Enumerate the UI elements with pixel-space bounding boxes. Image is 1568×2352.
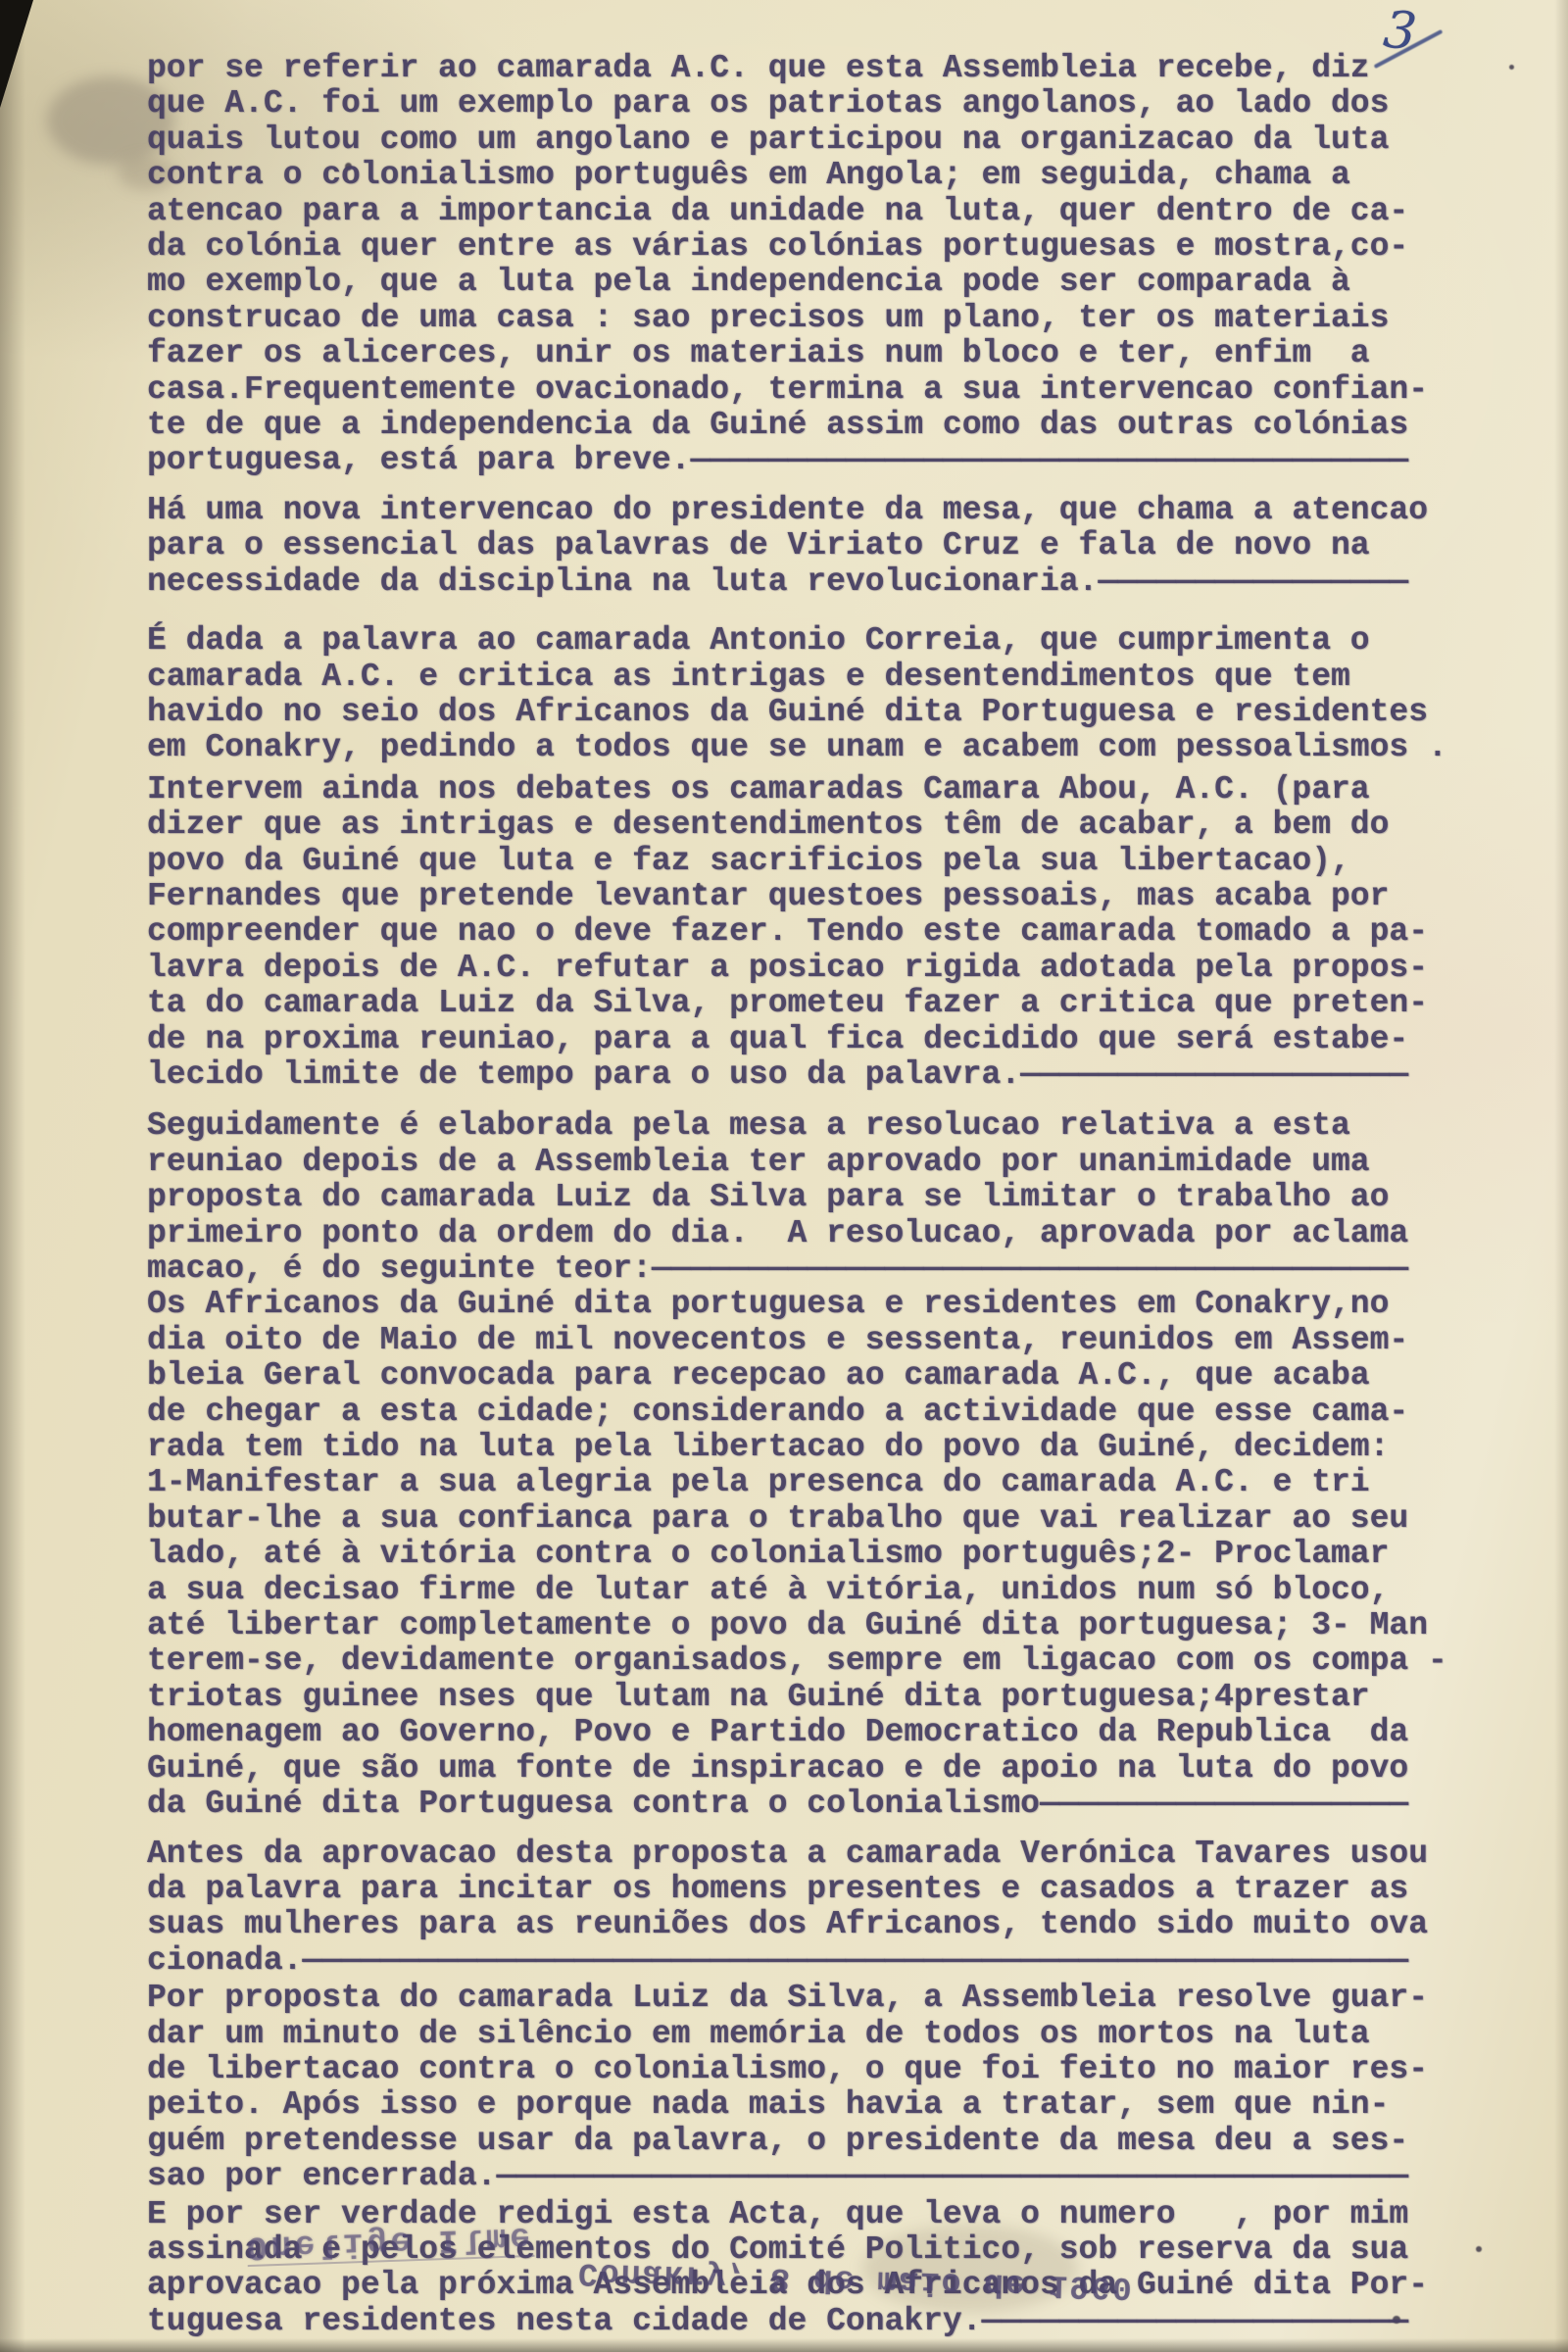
paragraph-president-note: Há uma nova intervencao do presidente da… (147, 493, 1509, 600)
paragraph-veronica-tavares: Antes da aprovacao desta proposta a cama… (147, 1837, 1509, 1980)
scan-edge-shadow-left (0, 0, 25, 2352)
paragraph-antonio-correia: É dada a palavra ao camarada Antonio Cor… (147, 623, 1509, 766)
typed-text-block: por se referir ao camarada A.C. que esta… (147, 51, 1509, 2339)
paragraph-speech-ac: por se referir ao camarada A.C. que esta… (147, 51, 1509, 479)
scanned-document-page: 3 por se referir ao camarada A.C. que es… (0, 0, 1568, 2352)
ink-speck (1509, 65, 1514, 70)
scan-edge-shadow-right (1554, 0, 1568, 2352)
paragraph-minute-silence: Por proposta do camarada Luiz da Silva, … (147, 1981, 1509, 2194)
scan-edge-shadow-bottom (0, 2338, 1568, 2352)
paragraph-resolution: Seguidamente é elaborada pela mesa a res… (147, 1108, 1509, 1822)
paragraph-debates: Intervem ainda nos debates os camaradas … (147, 772, 1509, 1094)
